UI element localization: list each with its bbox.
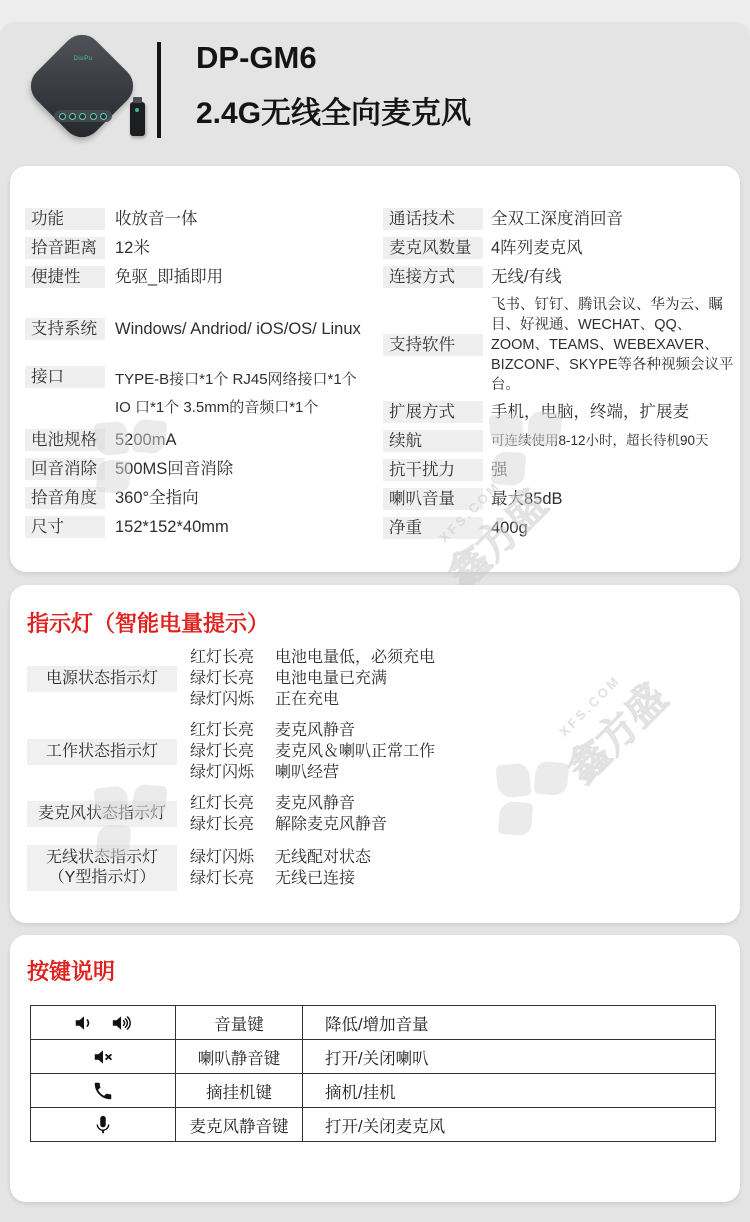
spec-value: 飞书、钉钉、腾讯会议、华为云、瞩目、好视通、WECHAT、QQ、ZOOM、TEA… [491,295,735,395]
speaker-key-dot [90,113,97,120]
spec-value: 全双工深度消回音 [491,208,623,230]
indicator-row: 工作状态指示灯 红灯长亮麦克风静音绿灯长亮麦克风＆喇叭正常工作绿灯闪烁喇叭经营 [27,720,727,783]
key-name: 摘挂机键 [176,1074,303,1108]
spec-row: 支持系统 Windows/ Andriod/ iOS/OS/ Linux [25,318,383,340]
indicator-label: 麦克风状态指示灯 [27,801,177,827]
key-function: 打开/关闭麦克风 [303,1108,716,1142]
key-table-row: 音量键 降低/增加音量 [31,1006,716,1040]
spec-row: 喇叭音量 最大85dB [383,488,735,510]
speaker-brand-logo: DiuPu [66,56,100,62]
product-spec-page: { "page": { "background": "#e4e4e4", "ac… [0,0,750,1222]
indicator-line: 绿灯长亮无线已连接 [190,868,371,889]
buttons-section-title: 按键说明 [27,955,115,986]
indicator-meaning: 电池电量低，必须充电 [275,647,435,668]
usb-dongle-image [130,102,145,136]
spec-columns: 功能 收放音一体 拾音距离 12米 便捷性 免驱_即插即用 支持系统 Windo… [10,166,740,546]
indicator-lines: 红灯长亮麦克风静音绿灯长亮解除麦克风静音 [190,793,387,835]
spec-value: 4阵列麦克风 [491,237,583,259]
spec-row: 抗干扰力 强 [383,459,735,481]
header: DiuPu DP-GM6 2.4G无线全向麦克风 [0,22,750,164]
spec-label: 拾音距离 [25,237,105,259]
spec-row: 扩展方式 手机，电脑，终端，扩展麦 [383,401,735,423]
indicator-line: 红灯长亮麦克风静音 [190,720,435,741]
indicator-state: 绿灯长亮 [190,741,275,762]
key-name: 音量键 [176,1006,303,1040]
key-icons [31,1080,175,1102]
key-name: 喇叭静音键 [176,1040,303,1074]
indicator-state: 绿灯闪烁 [190,847,275,868]
speaker-key-dot [69,113,76,120]
key-icon-cell [31,1040,176,1074]
spec-value: Windows/ Andriod/ iOS/OS/ Linux [115,318,361,340]
indicator-state: 红灯长亮 [190,793,275,814]
spec-value: 400g [491,517,528,539]
spec-label: 接口 [25,366,105,388]
spec-column-right: 通话技术 全双工深度消回音 麦克风数量 4阵列麦克风 连接方式 无线/有线 支持… [383,208,735,546]
indicator-row: 无线状态指示灯 （Y型指示灯） 绿灯闪烁无线配对状态绿灯长亮无线已连接 [27,845,727,891]
indicator-state: 绿灯闪烁 [190,689,275,710]
speakerphone-image [23,27,142,146]
indicator-state: 绿灯闪烁 [190,762,275,783]
indicator-label: 无线状态指示灯 （Y型指示灯） [27,845,177,891]
indicator-line: 绿灯闪烁无线配对状态 [190,847,371,868]
key-icon-cell [31,1074,176,1108]
spec-value: 收放音一体 [115,208,198,230]
spec-label: 连接方式 [383,266,483,288]
spec-row: 电池规格 5200mA [25,429,383,451]
key-table-row: 麦克风静音键 打开/关闭麦克风 [31,1108,716,1142]
spec-column-left: 功能 收放音一体 拾音距离 12米 便捷性 免驱_即插即用 支持系统 Windo… [25,208,383,546]
spec-card: 功能 收放音一体 拾音距离 12米 便捷性 免驱_即插即用 支持系统 Windo… [10,166,740,572]
spec-row: 接口 TYPE-B接口*1个 RJ45网络接口*1个 IO 口*1个 3.5mm… [25,366,383,422]
indicator-meaning: 麦克风静音 [275,720,355,741]
keys-table: 音量键 降低/增加音量 喇叭静音键 打开/关闭喇叭 摘挂机键 摘机/挂机 麦克风… [30,1005,716,1142]
spec-label: 喇叭音量 [383,488,483,510]
spec-row: 连接方式 无线/有线 [383,266,735,288]
key-function: 降低/增加音量 [303,1006,716,1040]
indicator-lines: 红灯长亮麦克风静音绿灯长亮麦克风＆喇叭正常工作绿灯闪烁喇叭经营 [190,720,435,783]
indicator-label: 电源状态指示灯 [27,666,177,692]
indicator-state: 绿灯长亮 [190,668,275,689]
key-icon-cell [31,1006,176,1040]
spec-value: 500MS回音消除 [115,458,233,480]
spec-label: 净重 [383,517,483,539]
spec-label: 支持系统 [25,318,105,340]
indicator-card: 指示灯（智能电量提示） 电源状态指示灯 红灯长亮电池电量低，必须充电绿灯长亮电池… [10,585,740,923]
indicator-label: 工作状态指示灯 [27,739,177,765]
spec-value: 无线/有线 [491,266,562,288]
indicator-state: 红灯长亮 [190,720,275,741]
indicator-meaning: 电池电量已充满 [275,668,387,689]
key-name: 麦克风静音键 [176,1108,303,1142]
spec-row: 尺寸 152*152*40mm [25,516,383,538]
spec-value: TYPE-B接口*1个 RJ45网络接口*1个 IO 口*1个 3.5mm的音频… [115,366,357,422]
indicator-line: 绿灯长亮电池电量已充满 [190,668,435,689]
speaker-key-dot [100,113,107,120]
spec-label: 回音消除 [25,458,105,480]
indicator-line: 红灯长亮麦克风静音 [190,793,387,814]
spec-label: 便捷性 [25,266,105,288]
indicator-row: 电源状态指示灯 红灯长亮电池电量低，必须充电绿灯长亮电池电量已充满绿灯闪烁正在充… [27,647,727,710]
speaker-mute-icon [92,1046,114,1068]
indicator-row: 麦克风状态指示灯 红灯长亮麦克风静音绿灯长亮解除麦克风静音 [27,793,727,835]
spec-label: 扩展方式 [383,401,483,423]
phone-handset-icon [92,1080,114,1102]
indicator-meaning: 正在充电 [275,689,339,710]
page-subtitle: 2.4G无线全向麦克风 [196,88,471,132]
indicator-meaning: 无线已连接 [275,868,355,889]
indicator-state: 绿灯长亮 [190,814,275,835]
indicator-lines: 绿灯闪烁无线配对状态绿灯长亮无线已连接 [190,847,371,889]
indicator-line: 绿灯长亮麦克风＆喇叭正常工作 [190,741,435,762]
spec-value: 152*152*40mm [115,516,229,538]
indicator-line: 绿灯闪烁喇叭经营 [190,762,435,783]
spec-label: 尺寸 [25,516,105,538]
spec-label: 支持软件 [383,334,483,356]
spec-label: 抗干扰力 [383,459,483,481]
spec-row: 支持软件 飞书、钉钉、腾讯会议、华为云、瞩目、好视通、WECHAT、QQ、ZOO… [383,295,735,395]
spec-label: 麦克风数量 [383,237,483,259]
indicator-meaning: 麦克风＆喇叭正常工作 [275,741,435,762]
indicator-meaning: 麦克风静音 [275,793,355,814]
spec-value: 12米 [115,237,150,259]
spec-row: 拾音角度 360°全指向 [25,487,383,509]
indicator-rows: 电源状态指示灯 红灯长亮电池电量低，必须充电绿灯长亮电池电量已充满绿灯闪烁正在充… [27,647,727,901]
indicator-meaning: 无线配对状态 [275,847,371,868]
speaker-key-dot [79,113,86,120]
indicator-line: 绿灯闪烁正在充电 [190,689,435,710]
spec-label: 通话技术 [383,208,483,230]
speaker-control-keys [54,110,112,122]
spec-value: 手机，电脑，终端，扩展麦 [491,401,689,423]
key-icons [31,1114,175,1136]
spec-row: 麦克风数量 4阵列麦克风 [383,237,735,259]
key-table-row: 摘挂机键 摘机/挂机 [31,1074,716,1108]
spec-row: 净重 400g [383,517,735,539]
spec-value: 免驱_即插即用 [115,266,223,288]
spec-row: 回音消除 500MS回音消除 [25,458,383,480]
indicator-section-title: 指示灯（智能电量提示） [27,607,269,638]
spec-row: 拾音距离 12米 [25,237,383,259]
spec-value: 强 [491,459,508,481]
indicator-meaning: 喇叭经营 [275,762,339,783]
spec-row: 便捷性 免驱_即插即用 [25,266,383,288]
speaker-key-dot [59,113,66,120]
indicator-state: 红灯长亮 [190,647,275,668]
spec-label: 续航 [383,430,483,452]
volume-down-icon [73,1012,95,1034]
key-icons [31,1012,175,1034]
indicator-state: 绿灯长亮 [190,868,275,889]
volume-up-icon [111,1012,133,1034]
spec-label: 拾音角度 [25,487,105,509]
page-title: DP-GM6 [196,40,317,76]
key-function: 摘机/挂机 [303,1074,716,1108]
keys-table-body: 音量键 降低/增加音量 喇叭静音键 打开/关闭喇叭 摘挂机键 摘机/挂机 麦克风… [31,1006,716,1142]
microphone-icon [92,1114,114,1136]
key-icons [31,1046,175,1068]
spec-value: 360°全指向 [115,487,199,509]
spec-value: 最大85dB [491,488,563,510]
buttons-card: 按键说明 音量键 降低/增加音量 喇叭静音键 打开/关闭喇叭 摘挂机键 摘机/挂… [10,935,740,1202]
spec-row: 功能 收放音一体 [25,208,383,230]
indicator-meaning: 解除麦克风静音 [275,814,387,835]
spec-value: 可连续使用8-12小时，超长待机90天 [491,430,709,452]
key-table-row: 喇叭静音键 打开/关闭喇叭 [31,1040,716,1074]
spec-row: 通话技术 全双工深度消回音 [383,208,735,230]
spec-label: 功能 [25,208,105,230]
product-image: DiuPu [28,38,153,150]
key-function: 打开/关闭喇叭 [303,1040,716,1074]
spec-row: 续航 可连续使用8-12小时，超长待机90天 [383,430,735,452]
spec-value: 5200mA [115,429,176,451]
vertical-divider [157,42,161,138]
spec-label: 电池规格 [25,429,105,451]
key-icon-cell [31,1108,176,1142]
indicator-lines: 红灯长亮电池电量低，必须充电绿灯长亮电池电量已充满绿灯闪烁正在充电 [190,647,435,710]
indicator-line: 红灯长亮电池电量低，必须充电 [190,647,435,668]
indicator-line: 绿灯长亮解除麦克风静音 [190,814,387,835]
